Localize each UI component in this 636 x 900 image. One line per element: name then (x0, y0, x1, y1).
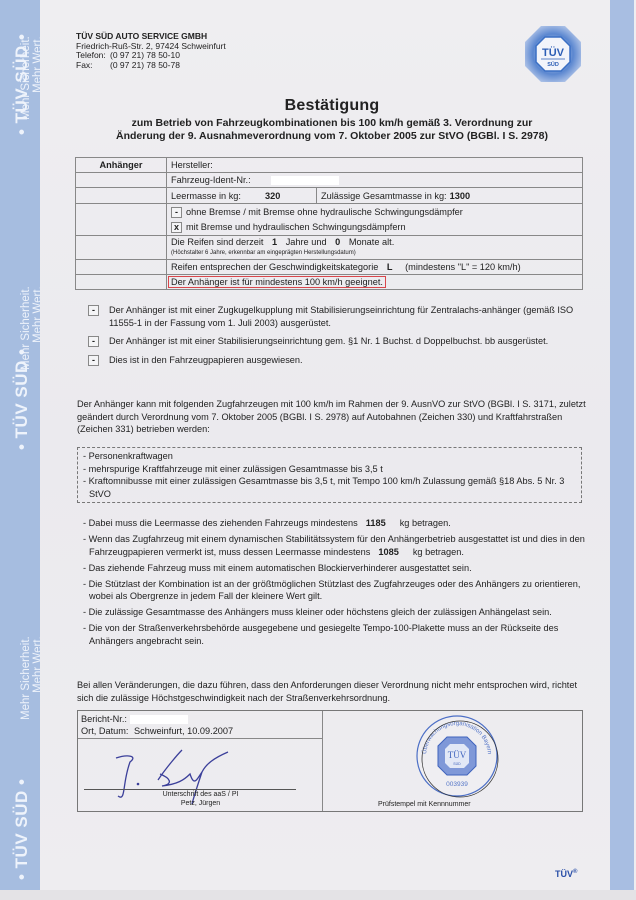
title-heading: Bestätigung (62, 97, 602, 115)
svg-text:SÜD: SÜD (453, 762, 461, 766)
table-row: Reifen entsprechen der Geschwindigkeitsk… (76, 260, 583, 275)
closing-paragraph: Bei allen Veränderungen, die dazu führen… (77, 679, 587, 704)
document-page: Mehr Sicherheit. Mehr Wert. • TÜV SÜD • … (0, 0, 636, 900)
min-empty-mass-esp-value: 1085 (384, 546, 398, 559)
speed-category-cell: Reifen entsprechen der Geschwindigkeitsk… (167, 260, 583, 275)
tuv-sud-logo-icon: TÜV SÜD (523, 24, 583, 84)
signature-caption: Unterschrift des aaS / PI (78, 790, 323, 799)
tyre-age-months: 0 (335, 237, 340, 247)
brake-option-1: -ohne Bremse / mit Bremse ohne hydraulis… (171, 205, 578, 220)
empty-mass-value: 320 (265, 191, 280, 201)
condition-item: - Wenn das Zugfahrzeug mit einem dynamis… (83, 533, 588, 558)
svg-text:TÜV: TÜV (542, 46, 565, 59)
condition-item: - Das ziehende Fahrzeug muss mit einem a… (83, 562, 588, 575)
checkbox-documented[interactable]: - (88, 355, 99, 366)
check-item: - Dies ist in den Fahrzeugpapieren ausge… (88, 354, 588, 367)
place-date-value: Schweinfurt, 10.09.2007 (134, 726, 233, 736)
right-brand-strip (610, 0, 634, 890)
min-empty-mass-value: 1185 (372, 517, 386, 530)
report-number-label: Bericht-Nr.: (81, 714, 127, 724)
manufacturer-cell: Hersteller: (167, 158, 583, 173)
fax-number: (0 97 21) 78 50-78 (110, 61, 180, 71)
left-brand-strip: Mehr Sicherheit. Mehr Wert. • TÜV SÜD • … (0, 0, 40, 890)
intro-paragraph: Der Anhänger kann mit folgenden Zugfahrz… (77, 398, 587, 436)
inspection-stamp-icon: Überwachungsorganisation Bayern TÜV SÜD … (414, 713, 500, 799)
condition-item: - Dabei muss die Leermasse des ziehenden… (83, 517, 588, 530)
speed-category-value: L (387, 262, 393, 272)
strip-brand: • TÜV SÜD • (12, 779, 32, 880)
section-label: Anhänger (76, 158, 167, 173)
trailer-data-table: Anhänger Hersteller: Fahrzeug-Ident-Nr.:… (75, 157, 583, 290)
tyre-age-note: (Höchstalter 6 Jahre, erkennbar am einge… (171, 248, 578, 259)
strip-slogan: Mehr Sicherheit. Mehr Wert. (20, 636, 40, 720)
vin-cell: Fahrzeug-Ident-Nr.: (167, 173, 583, 188)
strip-brand: • TÜV SÜD • (12, 34, 32, 135)
table-row: Fahrzeug-Ident-Nr.: (76, 173, 583, 188)
checkbox-stabilizer[interactable]: - (88, 336, 99, 347)
condition-item: - Die von der Straßenverkehrsbehörde aus… (83, 622, 588, 647)
redacted-vin (271, 176, 339, 185)
title-subtitle-line1: zum Betrieb von Fahrzeugkombinationen bi… (62, 117, 602, 130)
svg-text:TÜV: TÜV (448, 750, 467, 760)
svg-text:003939: 003939 (446, 781, 468, 788)
table-row: -ohne Bremse / mit Bremse ohne hydraulis… (76, 204, 583, 236)
conditions-list: - Dabei muss die Leermasse des ziehenden… (83, 517, 588, 651)
table-row: Der Anhänger ist für mindestens 100 km/h… (76, 275, 583, 290)
table-row: Leermasse in kg: 320 Zulässige Gesamtmas… (76, 188, 583, 204)
brake-option-2: xmit Bremse und hydraulischen Schwingung… (171, 220, 578, 235)
checkbox-brake-option-2[interactable]: x (171, 222, 182, 233)
equipment-checks: - Der Anhänger ist mit einer Zugkugelkup… (88, 304, 588, 372)
suitability-statement: Der Anhänger ist für mindestens 100 km/h… (168, 276, 386, 288)
signature-area: Bericht-Nr.: Ort, Datum: Schweinfurt, 10… (78, 711, 323, 811)
list-item: - mehrspurige Kraftfahrzeuge mit einer z… (83, 463, 576, 476)
list-item: - Personenkraftwagen (83, 450, 576, 463)
redacted-report-number (130, 715, 188, 724)
empty-mass-label: Leermasse in kg: (171, 191, 241, 201)
company-header: TÜV SÜD AUTO SERVICE GMBH Friedrich-Ruß-… (76, 32, 226, 70)
place-date-label: Ort, Datum: (81, 726, 128, 736)
strip-brand: • TÜV SÜD • (12, 349, 32, 450)
check-item: - Der Anhänger ist mit einer Stabilisier… (88, 335, 588, 348)
svg-text:SÜD: SÜD (547, 61, 559, 68)
table-row: Die Reifen sind derzeit 1 Jahre und 0 Mo… (76, 236, 583, 260)
checkbox-ball-coupling[interactable]: - (88, 305, 99, 316)
check-item: - Der Anhänger ist mit einer Zugkugelkup… (88, 304, 588, 329)
signer-name: Petz, Jürgen (78, 799, 323, 808)
page-edge (0, 890, 636, 900)
signature-block: Bericht-Nr.: Ort, Datum: Schweinfurt, 10… (77, 710, 583, 812)
condition-item: - Die Stützlast der Kombination ist an d… (83, 578, 588, 603)
document-title: Bestätigung zum Betrieb von Fahrzeugkomb… (62, 97, 602, 143)
gross-mass-label: Zulässige Gesamtmasse in kg: (321, 191, 447, 201)
checkbox-brake-option-1[interactable]: - (171, 207, 182, 218)
table-row: Anhänger Hersteller: (76, 158, 583, 173)
gross-mass-value: 1300 (450, 191, 470, 201)
stamp-caption: Prüfstempel mit Kennnummer (378, 801, 471, 808)
fax-label: Fax: (76, 61, 110, 71)
list-item: - Kraftomnibusse mit einer zulässigen Ge… (83, 475, 576, 500)
tyre-age-years: 1 (272, 237, 277, 247)
condition-item: - Die zulässige Gesamtmasse des Anhänger… (83, 606, 588, 619)
tyre-age-cell: Die Reifen sind derzeit 1 Jahre und 0 Mo… (167, 236, 583, 260)
title-subtitle-line2: Änderung der 9. Ausnahmeverordnung vom 7… (62, 130, 602, 143)
footer-tuv-logo: TÜV® (555, 869, 577, 879)
towing-vehicles-list: - Personenkraftwagen - mehrspurige Kraft… (77, 447, 582, 503)
